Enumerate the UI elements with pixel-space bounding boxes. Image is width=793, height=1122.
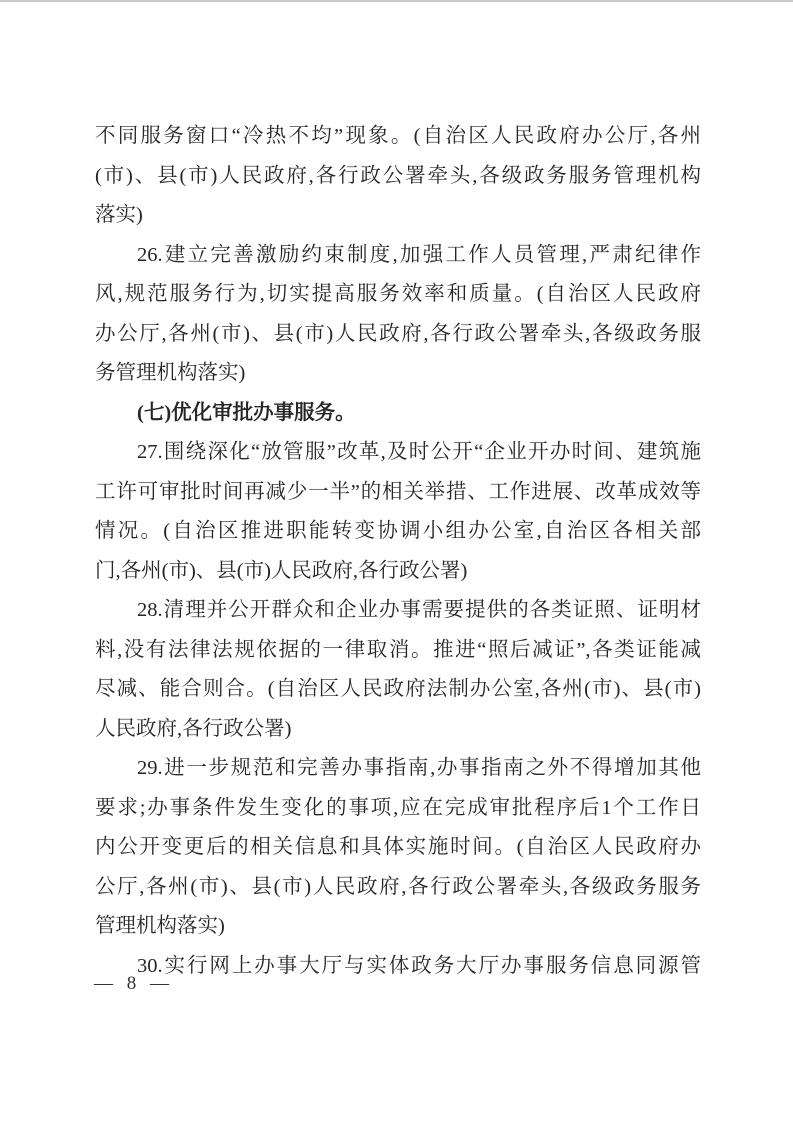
text-line: 28.清理并公开群众和企业办事需要提供的各类证照、证明材 <box>95 591 701 631</box>
text-line: 办公厅,各州(市)、县(市)人民政府,各行政公署牵头,各级政务服 <box>95 315 701 355</box>
text-line: 内公开变更后的相关信息和具体实施时间。(自治区人民政府办 <box>95 828 701 868</box>
text-line: 情况。(自治区推进职能转变协调小组办公室,自治区各相关部 <box>95 512 701 552</box>
text-line: 工许可审批时间再减少一半”的相关举措、工作进展、改革成效等 <box>95 473 701 513</box>
text-line: 落实) <box>95 196 701 236</box>
text-line: 人民政府,各行政公署) <box>95 710 701 750</box>
text-line: 门,各州(市)、县(市)人民政府,各行政公署) <box>95 552 701 592</box>
document-page: 不同服务窗口“冷热不均”现象。(自治区人民政府办公厅,各州 (市)、县(市)人民… <box>0 0 793 1122</box>
text-line: 要求;办事条件发生变化的事项,应在完成审批程序后1个工作日 <box>95 789 701 829</box>
text-line: 公厅,各州(市)、县(市)人民政府,各行政公署牵头,各级政务服务 <box>95 868 701 908</box>
page-number: — 8 — <box>94 969 169 999</box>
text-line: 管理机构落实) <box>95 907 701 947</box>
text-line: 务管理机构落实) <box>95 354 701 394</box>
scan-top-edge <box>0 0 793 2</box>
text-line: 26.建立完善激励约束制度,加强工作人员管理,严肃纪律作 <box>95 236 701 276</box>
text-line: 不同服务窗口“冷热不均”现象。(自治区人民政府办公厅,各州 <box>95 117 701 157</box>
document-body: 不同服务窗口“冷热不均”现象。(自治区人民政府办公厅,各州 (市)、县(市)人民… <box>95 117 701 986</box>
section-heading: (七)优化审批办事服务。 <box>95 394 701 434</box>
text-line: 29.进一步规范和完善办事指南,办事指南之外不得增加其他 <box>95 749 701 789</box>
text-line: 27.围绕深化“放管服”改革,及时公开“企业开办时间、建筑施 <box>95 433 701 473</box>
text-line: 30.实行网上办事大厅与实体政务大厅办事服务信息同源管 <box>95 947 701 987</box>
text-line: (市)、县(市)人民政府,各行政公署牵头,各级政务服务管理机构 <box>95 157 701 197</box>
text-line: 料,没有法律法规依据的一律取消。推进“照后减证”,各类证能减 <box>95 631 701 671</box>
text-line: 风,规范服务行为,切实提高服务效率和质量。(自治区人民政府 <box>95 275 701 315</box>
text-line: 尽减、能合则合。(自治区人民政府法制办公室,各州(市)、县(市) <box>95 670 701 710</box>
